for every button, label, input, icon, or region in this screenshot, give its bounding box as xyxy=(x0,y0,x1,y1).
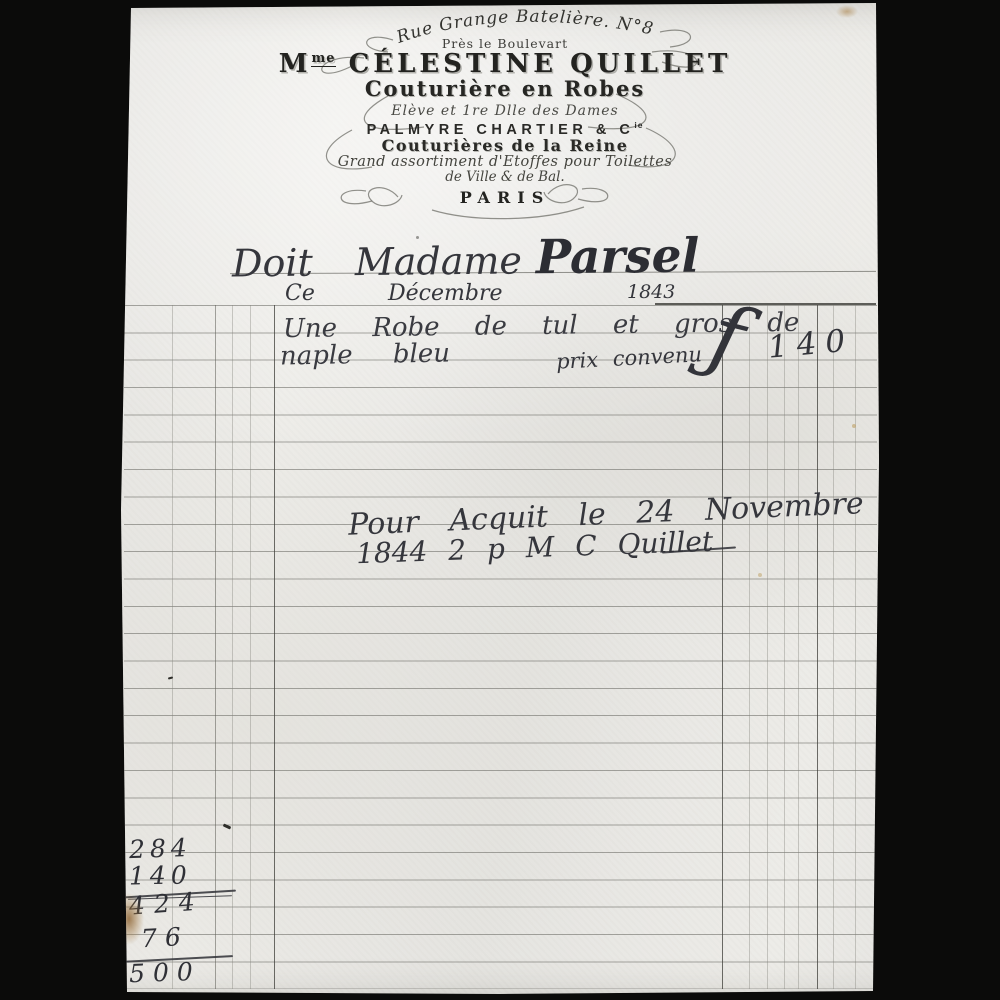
scan-background: Rue Grange Batelière. N°8. Près le Boule… xyxy=(0,0,1000,1000)
horizontal-rules xyxy=(124,305,877,989)
entry-amount: 140 xyxy=(767,322,856,365)
vertical-rule xyxy=(833,305,834,989)
vertical-rule xyxy=(749,305,750,989)
letterhead-tagline-2: de Ville & de Bal. xyxy=(255,169,755,185)
vertical-rule xyxy=(274,305,275,989)
table-top-heavy-segment xyxy=(655,303,876,305)
vertical-rule xyxy=(784,305,785,989)
word-madame: Madame xyxy=(355,238,523,284)
sum-line-1: 284 xyxy=(129,833,193,864)
letterhead-city: PARIS xyxy=(255,188,755,207)
sum-line-2: 140 xyxy=(129,860,192,890)
invoice-paper: Rue Grange Batelière. N°8. Près le Boule… xyxy=(0,0,1000,1000)
letterhead-credentials: Elève et 1re Dlle des Dames xyxy=(255,103,755,119)
foxing-stain-top-right xyxy=(836,5,858,18)
letterhead-proprietor-name: Mme CÉLESTINE QUILLET xyxy=(255,49,755,79)
letterhead-tagline-1: Grand assortiment d'Etoffes pour Toilett… xyxy=(255,154,755,170)
client-name: Parsel xyxy=(536,229,700,286)
sum-line-4: 76 xyxy=(140,922,189,953)
entry-description-line2: naple bleu xyxy=(280,339,450,372)
letterhead-royal-title: Couturières de la Reine xyxy=(255,136,755,155)
proprietor-name: CÉLESTINE QUILLET xyxy=(349,49,732,79)
vertical-rule xyxy=(722,305,723,989)
handwritten-date-month: Décembre xyxy=(388,281,502,306)
vertical-rule xyxy=(250,305,251,989)
foxing-stain-left-edge xyxy=(114,893,144,945)
handwritten-date-ce: Ce xyxy=(285,281,315,306)
handwritten-date-year: 1843 xyxy=(627,281,675,303)
word-doit: Doit xyxy=(232,241,313,286)
sum-line-total: 500 xyxy=(129,957,202,988)
flourish-swash xyxy=(432,207,584,219)
paper-fleck xyxy=(758,573,762,577)
paper-fleck xyxy=(852,424,856,428)
letterhead-trade-title: Couturière en Robes xyxy=(255,76,755,101)
name-prefix-superscript: me xyxy=(311,51,335,67)
vertical-rule xyxy=(817,305,818,989)
paper-fleck xyxy=(416,236,419,239)
ledger-grid xyxy=(124,305,877,989)
vertical-rule xyxy=(215,305,216,989)
vertical-rule xyxy=(855,305,856,989)
vertical-rule xyxy=(798,305,799,989)
vertical-rule xyxy=(767,305,768,989)
successor-superscript: ie xyxy=(634,120,643,130)
handwritten-salutation: DoitMadameParsel xyxy=(232,229,700,289)
vertical-rule xyxy=(232,305,233,989)
name-prefix: M xyxy=(279,49,312,79)
